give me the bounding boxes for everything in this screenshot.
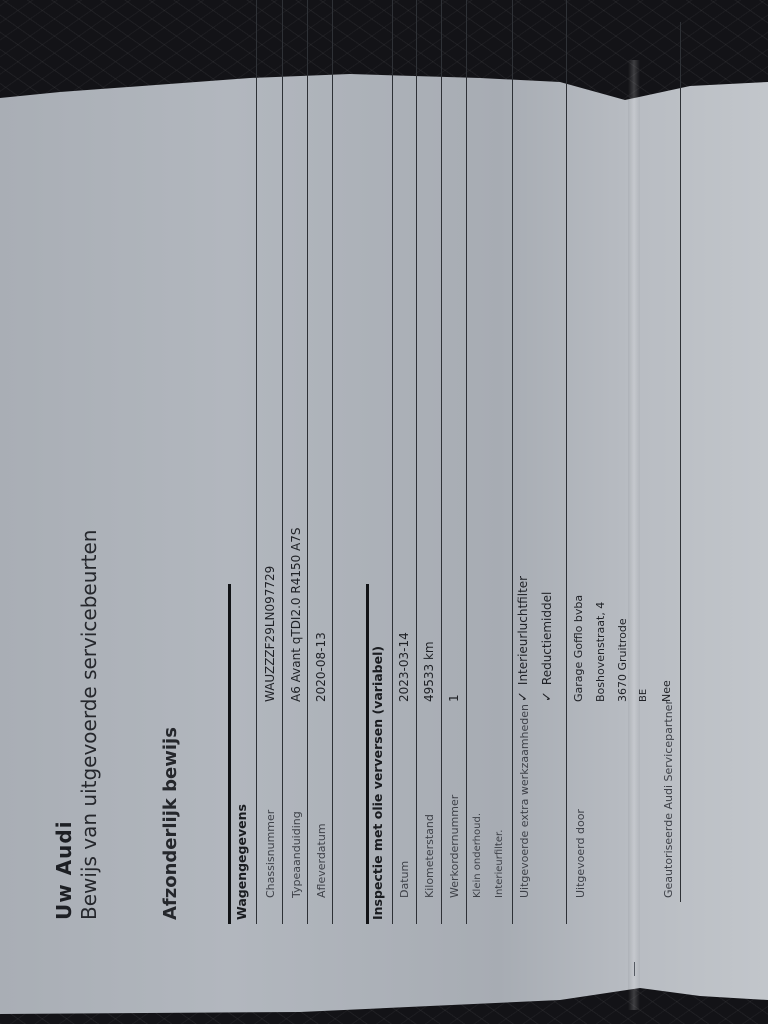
brand-title: Uw Audi <box>52 530 76 920</box>
row-rule <box>256 0 257 924</box>
row-rule <box>680 22 681 902</box>
dealer-name: Garage Gofflo bvba <box>572 595 585 702</box>
date-label: Datum <box>398 861 411 898</box>
row-rule <box>466 0 467 924</box>
authorized-partner-label: Geautoriseerde Audi Servicepartner <box>662 700 675 898</box>
row-rule <box>332 0 333 924</box>
inspection-heading: Inspectie met olie verversen (variabel) <box>370 646 385 920</box>
row-rule <box>566 0 567 924</box>
extra-item-text: Reductiemiddel <box>540 592 554 685</box>
check-icon: ✓ <box>516 691 531 702</box>
authorized-partner-value: Nee <box>660 680 673 702</box>
document-subtitle: Bewijs van uitgevoerde servicebeurten <box>76 530 102 920</box>
extra-item: ✓Interieurluchtfilter <box>516 576 531 702</box>
work-order-label: Werkordernummer <box>448 795 461 898</box>
section-title: Afzonderlijk bewijs <box>160 727 181 920</box>
small-maintenance-label: Klein onderhoud. <box>472 813 483 898</box>
vehicle-heading-rule <box>228 584 231 924</box>
interior-filter-label: Interieurfilter. <box>494 830 505 898</box>
document-header: Uw Audi Bewijs van uitgevoerde servicebe… <box>52 530 102 920</box>
work-order-value: 1 <box>447 694 461 702</box>
mileage-value: 49533 km <box>422 641 436 702</box>
row-rule <box>441 0 442 924</box>
check-icon: ✓ <box>540 691 555 702</box>
row-rule <box>282 0 283 924</box>
type-label: Typeaanduiding <box>290 811 303 898</box>
delivery-date-value: 2020-08-13 <box>314 632 328 702</box>
extra-item: ✓Reductiemiddel <box>540 592 555 702</box>
row-rule <box>416 0 417 924</box>
service-proof-document: Uw Audi Bewijs van uitgevoerde servicebe… <box>0 0 768 1024</box>
date-value: 2023-03-14 <box>397 632 411 702</box>
chassis-value: WAUZZZF29LN097729 <box>263 566 277 702</box>
row-rule <box>512 0 513 924</box>
mileage-label: Kilometerstand <box>423 814 436 898</box>
dealer-city: 3670 Gruitrode <box>616 618 629 702</box>
delivery-date-label: Afleverdatum <box>315 823 328 898</box>
row-rule <box>307 0 308 924</box>
vehicle-heading: Wagengegevens <box>234 804 249 920</box>
performed-by-label: Uitgevoerd door <box>574 809 587 898</box>
type-value: A6 Avant qTDI2.0 R4150 A7S <box>289 527 303 702</box>
extra-work-label: Uitgevoerde extra werkzaamheden <box>518 704 531 898</box>
row-rule <box>392 0 393 924</box>
dealer-country: BE <box>638 689 649 702</box>
chassis-label: Chassisnummer <box>264 810 277 898</box>
extra-item-text: Interieurluchtfilter <box>516 576 530 685</box>
dealer-street: Boshovenstraat, 4 <box>594 602 607 702</box>
inspection-heading-rule <box>366 584 369 924</box>
